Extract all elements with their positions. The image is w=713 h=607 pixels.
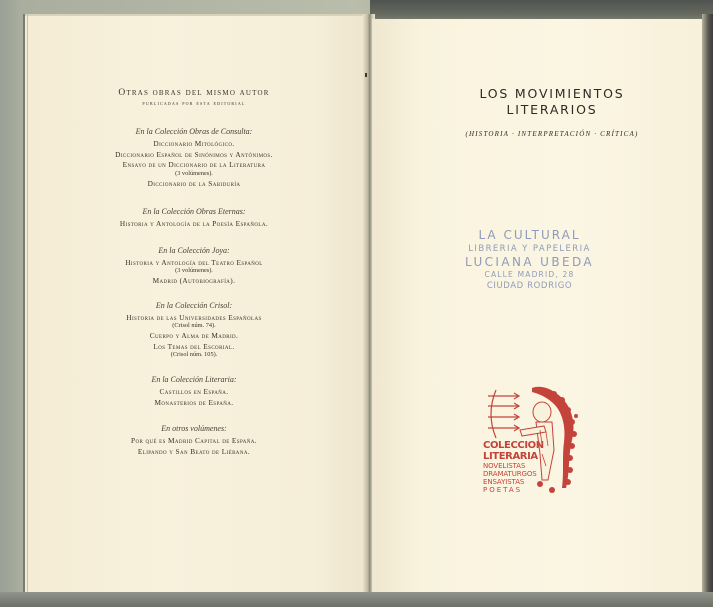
ink-speck xyxy=(365,73,367,77)
stamp-line-1: LA CULTURAL xyxy=(447,228,612,243)
emblem-line-5: ENSAYISTAS xyxy=(483,478,543,486)
other-works-subheading: publicadas por esta editorial xyxy=(23,101,365,107)
emblem-line-3: NOVELISTAS xyxy=(483,462,543,470)
collection-emblem-text: COLECCION LITERARIA NOVELISTAS DRAMATURG… xyxy=(483,440,543,494)
other-works-heading: Otras obras del mismo autor xyxy=(23,88,365,98)
collection-label: En la Colección Obras Eternas: xyxy=(23,207,365,216)
cover-top-edge xyxy=(370,0,713,20)
collection-literaria: En la Colección Literaria: Castillos en … xyxy=(23,375,365,408)
emblem-line-2: LITERARIA xyxy=(483,451,543,462)
book-title: Monasterios de España. xyxy=(23,398,365,409)
cover-bottom-edge xyxy=(0,592,713,607)
book-title: Historia y Antología de la Poesía Españo… xyxy=(23,219,365,230)
emblem-line-4: DRAMATURGOS xyxy=(483,470,543,478)
book-title: Diccionario Español de Sinónimos y Antón… xyxy=(23,150,365,161)
book-title: Elipando y San Beato de Liébana. xyxy=(23,447,365,458)
collection-label: En la Colección Obras de Consulta: xyxy=(23,127,365,136)
book-title: Diccionario Mitológico. xyxy=(23,139,365,150)
collection-crisol: En la Colección Crisol: Historia de las … xyxy=(23,301,365,360)
book-note: (Crisol núm. 105). xyxy=(23,351,365,359)
stamp-line-5: CIUDAD RODRIGO xyxy=(447,280,612,292)
other-volumes: En otros volúmenes: Por qué es Madrid Ca… xyxy=(23,424,365,457)
book-title: Castillos en España. xyxy=(23,387,365,398)
book-title: Cuerpo y Alma de Madrid. xyxy=(23,331,365,342)
emblem-line-6: POETAS xyxy=(483,486,543,494)
collection-obras-eternas: En la Colección Obras Eternas: Historia … xyxy=(23,207,365,230)
book-title: Madrid (Autobiografía). xyxy=(23,276,365,287)
stamp-line-3: LUCIANA UBEDA xyxy=(447,255,612,270)
stamp-line-2: LIBRERIA Y PAPELERIA xyxy=(447,243,612,255)
book-note: (Crisol núm. 74). xyxy=(23,322,365,330)
book-note: (3 volúmenes). xyxy=(23,267,365,275)
collection-joya: En la Colección Joya: Historia y Antolog… xyxy=(23,246,365,287)
book-title-line-1: LOS MOVIMIENTOS xyxy=(372,86,713,102)
stamp-line-4: CALLE MADRID, 28 xyxy=(447,270,612,280)
book-title: Diccionario de la Sabiduría xyxy=(23,179,365,190)
collection-label: En otros volúmenes: xyxy=(23,424,365,433)
book-title-line-2: LITERARIOS xyxy=(372,102,713,118)
bookseller-stamp: LA CULTURAL LIBRERIA Y PAPELERIA LUCIANA… xyxy=(447,228,612,292)
title-block: LOS MOVIMIENTOS LITERARIOS (HISTORIA · I… xyxy=(372,86,713,138)
book-note: (3 volúmenes). xyxy=(23,170,365,178)
collection-label: En la Colección Joya: xyxy=(23,246,365,255)
emblem-line-1: COLECCION xyxy=(483,440,543,451)
book-subtitle: (HISTORIA · INTERPRETACIÓN · CRÍTICA) xyxy=(372,130,713,138)
other-works-list: Otras obras del mismo autor publicadas p… xyxy=(23,88,365,457)
book-title: Por qué es Madrid Capital de España. xyxy=(23,436,365,447)
collection-label: En la Colección Crisol: xyxy=(23,301,365,310)
collection-obras-consulta: En la Colección Obras de Consulta: Dicci… xyxy=(23,127,365,189)
collection-label: En la Colección Literaria: xyxy=(23,375,365,384)
